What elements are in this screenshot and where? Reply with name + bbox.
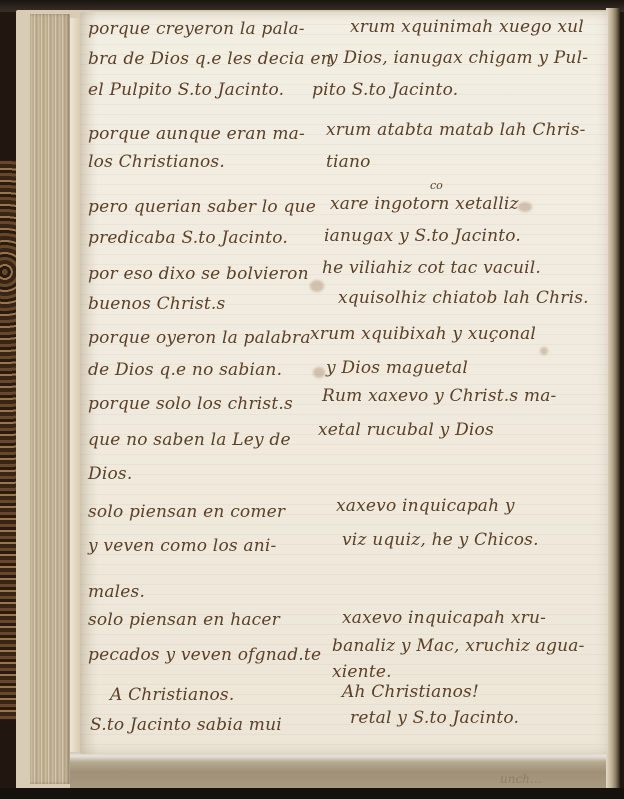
manuscript-photo: unch... porque creyeron la pala- bra de … <box>0 0 624 799</box>
faint-bottom-text: unch... <box>500 772 541 786</box>
right-line-5: tiano <box>326 152 371 172</box>
left-line-18: solo piensan en hacer <box>88 610 280 630</box>
left-line-14: Dios. <box>88 464 132 484</box>
right-line-18: xiente. <box>332 662 392 682</box>
right-line-20: retal y S.to Jacinto. <box>350 708 519 728</box>
left-line-16: y veven como los ani- <box>88 536 276 556</box>
right-line-2: y Dios, ianugax chigam y Pul- <box>328 48 588 68</box>
book-right-edge <box>606 8 620 788</box>
right-line-13: xetal rucubal y Dios <box>318 420 494 440</box>
left-line-19: pecados y veven ofgnad.te <box>88 645 321 665</box>
ink-stain <box>540 347 548 355</box>
left-line-6: pero querian saber lo que <box>88 197 316 217</box>
left-line-5: los Christianos. <box>88 152 225 172</box>
left-line-10: porque oyeron la palabra <box>88 328 311 348</box>
left-line-1: porque creyeron la pala- <box>88 19 305 39</box>
ink-stain <box>310 280 324 292</box>
right-line-9: xquisolhiz chiatob lah Chris. <box>338 288 589 308</box>
left-line-11: de Dios q.e no sabian. <box>88 360 282 380</box>
ink-stain <box>518 202 532 212</box>
right-line-11: y Dios maguetal <box>326 358 468 378</box>
ink-stain <box>313 367 325 378</box>
left-line-13: que no saben la Ley de <box>88 430 291 450</box>
interlinear-correction: co <box>430 179 443 192</box>
left-line-2: bra de Dios q.e les decia en <box>88 49 332 69</box>
right-line-12: Rum xaxevo y Christ.s ma- <box>322 386 557 406</box>
right-line-17: banaliz y Mac, xruchiz agua- <box>332 636 585 656</box>
left-line-15: solo piensan en comer <box>88 502 285 522</box>
marbled-endpaper <box>0 160 16 720</box>
left-line-17: males. <box>88 582 145 602</box>
left-line-21: S.to Jacinto sabia mui <box>90 715 282 735</box>
right-line-3: pito S.to Jacinto. <box>312 80 458 100</box>
book-base <box>0 788 624 799</box>
right-line-8: he viliahiz cot tac vacuil. <box>322 258 541 278</box>
right-line-4: xrum atabta matab lah Chris- <box>326 120 586 140</box>
right-line-15: viz uquiz, he y Chicos. <box>342 530 539 550</box>
right-line-7: ianugax y S.to Jacinto. <box>324 226 521 246</box>
left-line-12: porque solo los christ.s <box>88 394 293 414</box>
right-line-14: xaxevo inquicapah y <box>336 496 515 516</box>
right-line-6: xare ingotorn xetalliz <box>330 194 519 214</box>
right-line-19: Ah Christianos! <box>342 682 479 702</box>
right-line-1: xrum xquinimah xuego xul <box>350 17 584 37</box>
left-line-8: por eso dixo se bolvieron <box>88 264 309 284</box>
left-line-3: el Pulpito S.to Jacinto. <box>88 80 284 100</box>
page-fold <box>70 18 80 758</box>
left-line-7: predicaba S.to Jacinto. <box>88 228 288 248</box>
left-line-4: porque aunque eran ma- <box>88 124 305 144</box>
page-edges-stack <box>30 14 70 784</box>
left-line-9: buenos Christ.s <box>88 294 225 314</box>
right-line-16: xaxevo inquicapah xru- <box>342 608 546 628</box>
manuscript-page: porque creyeron la pala- bra de Dios q.e… <box>80 12 608 754</box>
right-line-10: xrum xquibixah y xuçonal <box>310 324 536 344</box>
left-line-20: A Christianos. <box>110 685 234 705</box>
